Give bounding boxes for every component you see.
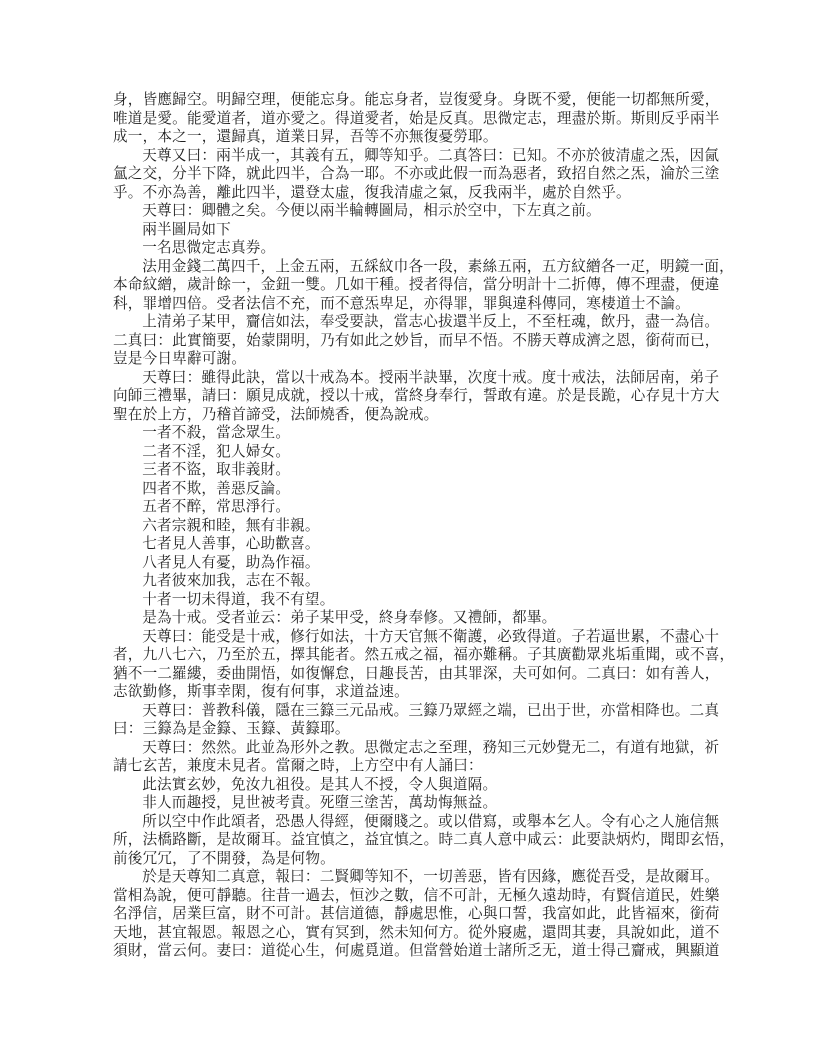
text-line: 聖在於上方，乃稽首諦受，法師燒香，便為說戒。 <box>113 406 707 425</box>
text-line: 須財，當云何。妻曰：道從心生，何處覓道。但當營始道士諸所乏无，道士得己齎戒，興顯… <box>113 942 707 961</box>
text-line: 四者不欺，善惡反論。 <box>113 480 707 499</box>
text-line: 一名思微定志真券。 <box>113 239 707 258</box>
text-line: 前後冗冗，了不開發，為是何物。 <box>113 850 707 869</box>
text-line: 天地，甚宜報恩。報恩之心，實有冥到，然未知何方。從外寢處，還問其妻，具說如此，道… <box>113 924 707 943</box>
text-line: 六者宗親和睦，無有非親。 <box>113 517 707 536</box>
page-text: 身，皆應歸空。明歸空理，便能忘身。能忘身者，豈復愛身。身既不愛，便能一切都無所愛… <box>113 91 707 961</box>
text-line: 法用金錢二萬四千，上金五兩，五綵紋巾各一段，素絲五兩，五方紋繒各一疋，明鏡一面， <box>113 258 707 277</box>
text-line: 天尊曰：卿體之矣。今便以兩半輪轉圖局，相示於空中，下左真之前。 <box>113 202 707 221</box>
text-line: 是為十戒。受者並云：弟子某甲受，終身奉修。又禮師，都畢。 <box>113 609 707 628</box>
text-line: 十者一切未得道，我不有望。 <box>113 591 707 610</box>
text-line: 唯道是愛。能愛道者，道亦愛之。得道愛者，始是反真。思微定志，理盡於斯。斯則反乎兩… <box>113 110 707 129</box>
text-line: 者，九八七六，乃至於五，擇其能者。然五戒之福，福亦難稱。子其廣勸眾兆垢重聞，或不… <box>113 646 707 665</box>
text-line: 天尊又曰：兩半成一，其義有五，卿等知乎。二真答曰：已知。不亦於彼清虛之炁，因氤 <box>113 147 707 166</box>
text-line: 成一，本之一，還歸真，道業日昇，吾等不亦無復憂勞耶。 <box>113 128 707 147</box>
text-line: 科，罪增四倍。受者法信不充，而不意炁卑足，亦得罪，罪與違科傳同，寒棲道士不論。 <box>113 295 707 314</box>
text-line: 二者不淫，犯人婦女。 <box>113 443 707 462</box>
text-line: 七者見人善事，心助歡喜。 <box>113 535 707 554</box>
text-line: 名淨信，居業巨富，財不可計。甚信道德，靜處思惟，心與口誓，我富如此，此皆福來，銜… <box>113 905 707 924</box>
text-line: 八者見人有憂，助為作福。 <box>113 554 707 573</box>
text-line: 非人而趣授，見世被考責。死墮三塗苦，萬劫悔無益。 <box>113 794 707 813</box>
text-line: 本命紋繒，歲計餘一，金鈕一雙。几如干種。授者得信，當分明計十二折傳，傳不理盡，便… <box>113 276 707 295</box>
text-line: 所以空中作此頌者，恐愚人得經，便爾賤之。或以借寫，或舉本乞人。令有心之人施信無 <box>113 813 707 832</box>
text-line: 天尊曰：能受是十戒，修行如法，十方天官無不衛護，必致得道。子若逼世累，不盡心十 <box>113 628 707 647</box>
text-line: 二真曰：此實簡要，始蒙開明，乃有如此之妙旨，而早不悟。不勝天尊成濟之恩，銜荷而已… <box>113 332 707 351</box>
text-line: 曰：三籙為是金籙、玉籙、黃籙耶。 <box>113 720 707 739</box>
text-line: 五者不醉，常思淨行。 <box>113 498 707 517</box>
text-line: 三者不盜，取非義財。 <box>113 461 707 480</box>
text-line: 猶不一二羅縷，委曲開悟，如復懈怠，日趣長苦，由其罪深，夫可如何。二真曰：如有善人… <box>113 665 707 684</box>
text-line: 兩半圖局如下 <box>113 221 707 240</box>
text-line: 天尊曰：然然。此並為形外之教。思微定志之至理，務知三元妙覺无二，有道有地獄，祈 <box>113 739 707 758</box>
text-line: 天尊曰：雖得此訣，當以十戒為本。授兩半訣畢，次度十戒。度十戒法，法師居南，弟子 <box>113 369 707 388</box>
text-line: 志欲勤修，斯事幸閑，復有何事，求道益速。 <box>113 683 707 702</box>
text-line: 當相為說，便可靜聽。往昔一過去，恒沙之數，信不可計，无極久遠劫時，有賢信道民，姓… <box>113 887 707 906</box>
text-line: 向師三禮畢，請曰：願見成就，授以十戒，當終身奉行，誓敢有違。於是長跪，心存見十方… <box>113 387 707 406</box>
text-line: 天尊曰：普教科儀，隱在三籙三元品戒。三籙乃眾經之端，已出于世，亦當相降也。二真 <box>113 702 707 721</box>
text-line: 於是天尊知二真意，報曰：二賢卿等知不，一切善惡，皆有因緣，應從吾受，是故爾耳。 <box>113 868 707 887</box>
text-line: 九者彼來加我，志在不報。 <box>113 572 707 591</box>
text-line: 一者不殺，當念眾生。 <box>113 424 707 443</box>
text-line: 請七玄苦，兼度未見者。當爾之時，上方空中有人誦曰： <box>113 757 707 776</box>
document-page: 身，皆應歸空。明歸空理，便能忘身。能忘身者，豈復愛身。身既不愛，便能一切都無所愛… <box>0 0 816 1056</box>
text-line: 身，皆應歸空。明歸空理，便能忘身。能忘身者，豈復愛身。身既不愛，便能一切都無所愛… <box>113 91 707 110</box>
text-line: 此法實玄妙，免汝九祖役。是其人不授，令人與道隔。 <box>113 776 707 795</box>
text-line: 上清弟子某甲，齎信如法，奉受要訣，當志心拔還半反上，不至枉魂，飲丹，盡一為信。 <box>113 313 707 332</box>
text-line: 所，法橋路斷，是故爾耳。益宜慎之，益宜慎之。時二真人意中咸云：此要訣炳灼，聞即玄… <box>113 831 707 850</box>
text-line: 乎。不亦為善，離此四半，還登太虛，復我清虛之氣，反我兩半，處於自然乎。 <box>113 184 707 203</box>
text-line: 氳之交，分半下降，就此四半，合為一耶。不亦或此假一而為惡者，致招自然之炁，淪於三… <box>113 165 707 184</box>
text-line: 豈是今日卑辭可謝。 <box>113 350 707 369</box>
